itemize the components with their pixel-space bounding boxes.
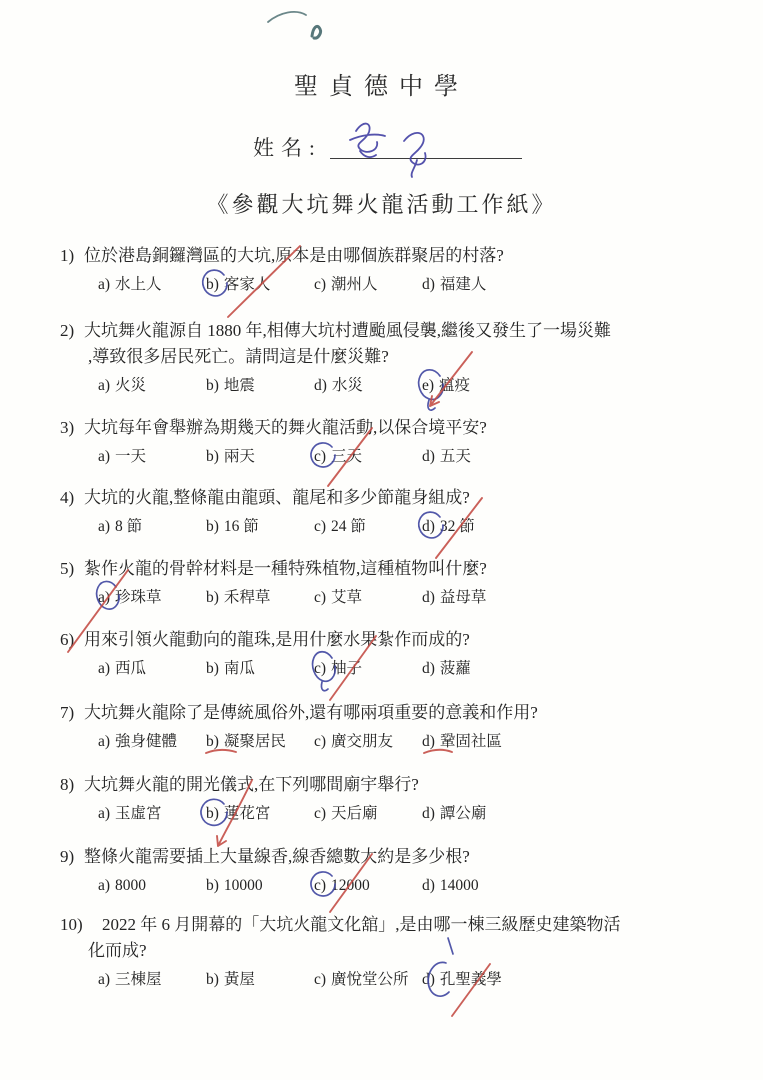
- option-text: 潮州人: [331, 276, 378, 293]
- option-b: b)凝聚居民: [206, 731, 302, 753]
- option-label: b): [206, 589, 219, 606]
- option-d: d)譚公廟: [422, 803, 518, 825]
- question-1: 1)位於港島銅鑼灣區的大坑,原本是由哪個族群聚居的村落? a)水上人 b)客家人…: [60, 243, 728, 296]
- option-label: b): [206, 877, 219, 894]
- option-a: a)8000: [98, 875, 194, 897]
- option-text: 菠蘿: [440, 660, 471, 677]
- question-line: 大坑舞火龍除了是傳統風俗外,還有哪兩項重要的意義和作用?: [84, 703, 538, 722]
- option-text: 福建人: [440, 276, 487, 293]
- option-text: 三棟屋: [115, 971, 162, 988]
- question-line: 整條火龍需要插上大量線香,線香總數大約是多少根?: [84, 847, 470, 866]
- option-text: 玉虛宮: [115, 805, 162, 822]
- option-b: b)16 節: [206, 516, 302, 538]
- option-a: a)強身健體: [98, 731, 194, 753]
- option-label: d): [422, 660, 435, 677]
- question-number: 4): [60, 485, 84, 511]
- option-b: b)禾稈草: [206, 587, 302, 609]
- option-c: c)廣交朋友: [314, 731, 410, 753]
- option-text: 譚公廟: [440, 805, 487, 822]
- option-text: 水災: [332, 377, 363, 394]
- option-label: d): [422, 589, 435, 606]
- option-label: a): [98, 276, 110, 293]
- option-text: 32 節: [440, 518, 475, 535]
- option-a: a)一天: [98, 446, 194, 468]
- option-text: 12000: [331, 877, 370, 894]
- option-text: 水上人: [115, 276, 162, 293]
- school-name: 聖貞德中學: [0, 66, 763, 101]
- option-text: 瘟疫: [439, 377, 470, 394]
- question-text: 4)大坑的火龍,整條龍由龍頭、龍尾和多少節龍身組成?: [60, 485, 728, 511]
- option-d: d)14000: [422, 875, 518, 897]
- top-pen-blob-mark: [312, 26, 321, 38]
- worksheet-page: 聖貞德中學 姓名: 《參觀大坑舞火龍活動工作紙》 1)位於港島銅鑼灣區的大坑,原…: [0, 0, 763, 1080]
- option-label: b): [206, 805, 219, 822]
- question-2: 2)大坑舞火龍源自 1880 年,相傳大坑村遭颱風侵襲,繼後又發生了一場災難 ,…: [60, 318, 728, 397]
- option-text: 廣悅堂公所: [331, 971, 409, 988]
- option-text: 珍珠草: [115, 589, 162, 606]
- option-label: d): [422, 276, 435, 293]
- question-line: 大坑舞火龍源自 1880 年,相傳大坑村遭颱風侵襲,繼後又發生了一場災難: [84, 321, 611, 340]
- option-label: c): [314, 660, 326, 677]
- option-label: a): [98, 448, 110, 465]
- option-text: 柚子: [331, 660, 362, 677]
- question-text: 2)大坑舞火龍源自 1880 年,相傳大坑村遭颱風侵襲,繼後又發生了一場災難: [60, 318, 728, 344]
- option-label: c): [314, 733, 326, 750]
- option-a: a)8 節: [98, 516, 194, 538]
- name-underline: [330, 158, 522, 159]
- handwritten-name: [404, 133, 426, 177]
- option-text: 益母草: [440, 589, 487, 606]
- option-label: b): [206, 448, 219, 465]
- option-d: d)五天: [422, 446, 518, 468]
- option-text: 24 節: [331, 518, 366, 535]
- question-text: 9)整條火龍需要插上大量線香,線香總數大約是多少根?: [60, 844, 728, 870]
- option-b: b)地震: [206, 375, 302, 397]
- question-line: 位於港島銅鑼灣區的大坑,原本是由哪個族群聚居的村落?: [84, 246, 504, 265]
- question-number: 5): [60, 556, 84, 582]
- option-label: d): [422, 448, 435, 465]
- option-text: 南瓜: [224, 660, 255, 677]
- question-5: 5)紮作火龍的骨幹材料是一種特殊植物,這種植物叫什麼? a)珍珠草 b)禾稈草 …: [60, 556, 728, 609]
- worksheet-title: 《參觀大坑舞火龍活動工作紙》: [0, 188, 763, 219]
- option-label: c): [314, 518, 326, 535]
- option-text: 14000: [440, 877, 479, 894]
- option-d: d)福建人: [422, 274, 518, 296]
- option-b: b)黃屋: [206, 969, 302, 991]
- option-label: c): [314, 589, 326, 606]
- option-label: d): [422, 877, 435, 894]
- options-row: a)8 節 b)16 節 c)24 節 d)32 節: [60, 516, 728, 538]
- option-label: b): [206, 518, 219, 535]
- option-text: 10000: [224, 877, 263, 894]
- option-b: b)蓮花宮: [206, 803, 302, 825]
- option-a: a)珍珠草: [98, 587, 194, 609]
- question-text: 10)2022 年 6 月開幕的「大坑火龍文化舘」,是由哪一棟三級歷史建築物活: [60, 912, 728, 938]
- option-text: 火災: [115, 377, 146, 394]
- question-text-cont: 化而成?: [60, 938, 728, 964]
- question-8: 8)大坑舞火龍的開光儀式,在下列哪間廟宇舉行? a)玉虛宮 b)蓮花宮 c)天后…: [60, 772, 728, 825]
- option-text: 廣交朋友: [331, 733, 393, 750]
- question-text: 6)用來引領火龍動向的龍珠,是用什麼水果紮作而成的?: [60, 627, 728, 653]
- question-number: 10): [60, 912, 102, 938]
- option-label: d): [422, 805, 435, 822]
- question-3: 3)大坑每年會舉辦為期幾天的舞火龍活動,以保合境平安? a)一天 b)兩天 c)…: [60, 415, 728, 468]
- option-label: a): [98, 733, 110, 750]
- question-10: 10)2022 年 6 月開幕的「大坑火龍文化舘」,是由哪一棟三級歷史建築物活 …: [60, 912, 728, 991]
- option-b: b)客家人: [206, 274, 302, 296]
- options-row: a)西瓜 b)南瓜 c)柚子 d)菠蘿: [60, 658, 728, 680]
- question-text: 5)紮作火龍的骨幹材料是一種特殊植物,這種植物叫什麼?: [60, 556, 728, 582]
- option-d: d)益母草: [422, 587, 518, 609]
- option-label: a): [98, 377, 110, 394]
- question-text: 7)大坑舞火龍除了是傳統風俗外,還有哪兩項重要的意義和作用?: [60, 700, 728, 726]
- option-e: e)瘟疫: [422, 375, 518, 397]
- question-number: 3): [60, 415, 84, 441]
- question-text: 1)位於港島銅鑼灣區的大坑,原本是由哪個族群聚居的村落?: [60, 243, 728, 269]
- option-text: 禾稈草: [224, 589, 271, 606]
- option-label: d): [314, 377, 327, 394]
- options-row: a)水上人 b)客家人 c)潮州人 d)福建人: [60, 274, 728, 296]
- question-number: 6): [60, 627, 84, 653]
- options-row: a)火災 b)地震 d)水災 e)瘟疫: [60, 375, 728, 397]
- option-label: e): [422, 377, 434, 394]
- option-label: d): [422, 733, 435, 750]
- question-line: 用來引領火龍動向的龍珠,是用什麼水果紮作而成的?: [84, 630, 470, 649]
- option-label: b): [206, 276, 219, 293]
- option-d: d)32 節: [422, 516, 518, 538]
- top-pen-swoosh-mark: [268, 12, 306, 22]
- question-text: 8)大坑舞火龍的開光儀式,在下列哪間廟宇舉行?: [60, 772, 728, 798]
- question-line: 紮作火龍的骨幹材料是一種特殊植物,這種植物叫什麼?: [84, 559, 487, 578]
- option-c: c)潮州人: [314, 274, 410, 296]
- option-text: 五天: [440, 448, 471, 465]
- option-text: 強身健體: [115, 733, 177, 750]
- option-label: a): [98, 589, 110, 606]
- option-d: d)孔聖義學: [422, 969, 518, 991]
- options-row: a)三棟屋 b)黃屋 c)廣悅堂公所 d)孔聖義學: [60, 969, 728, 991]
- question-7: 7)大坑舞火龍除了是傳統風俗外,還有哪兩項重要的意義和作用? a)強身健體 b)…: [60, 700, 728, 753]
- option-text: 8 節: [115, 518, 142, 535]
- question-text: 3)大坑每年會舉辦為期幾天的舞火龍活動,以保合境平安?: [60, 415, 728, 441]
- option-label: c): [314, 805, 326, 822]
- option-d: d)水災: [314, 375, 410, 397]
- option-label: b): [206, 971, 219, 988]
- question-number: 8): [60, 772, 84, 798]
- option-label: c): [314, 971, 326, 988]
- options-row: a)珍珠草 b)禾稈草 c)艾草 d)益母草: [60, 587, 728, 609]
- option-c: c)柚子: [314, 658, 410, 680]
- option-a: a)三棟屋: [98, 969, 194, 991]
- question-6: 6)用來引領火龍動向的龍珠,是用什麼水果紮作而成的? a)西瓜 b)南瓜 c)柚…: [60, 627, 728, 680]
- options-row: a)強身健體 b)凝聚居民 c)廣交朋友 d)鞏固社區: [60, 731, 728, 753]
- option-d: d)菠蘿: [422, 658, 518, 680]
- option-text: 蓮花宮: [224, 805, 271, 822]
- option-label: a): [98, 805, 110, 822]
- option-label: a): [98, 877, 110, 894]
- option-c: c)三天: [314, 446, 410, 468]
- option-text: 兩天: [224, 448, 255, 465]
- option-c: c)天后廟: [314, 803, 410, 825]
- option-a: a)玉虛宮: [98, 803, 194, 825]
- option-label: b): [206, 660, 219, 677]
- option-text: 一天: [115, 448, 146, 465]
- option-text: 8000: [115, 877, 146, 894]
- option-a: a)西瓜: [98, 658, 194, 680]
- question-number: 2): [60, 318, 84, 344]
- name-label: 姓名:: [253, 132, 322, 162]
- option-label: c): [314, 877, 326, 894]
- question-line: 大坑的火龍,整條龍由龍頭、龍尾和多少節龍身組成?: [84, 488, 470, 507]
- option-a: a)水上人: [98, 274, 194, 296]
- option-label: b): [206, 377, 219, 394]
- option-c: c)24 節: [314, 516, 410, 538]
- question-number: 1): [60, 243, 84, 269]
- option-c: c)艾草: [314, 587, 410, 609]
- option-label: a): [98, 660, 110, 677]
- options-row: a)8000 b)10000 c)12000 d)14000: [60, 875, 728, 897]
- option-c: c)12000: [314, 875, 410, 897]
- option-a: a)火災: [98, 375, 194, 397]
- option-text: 16 節: [224, 518, 259, 535]
- option-c: c)廣悅堂公所: [314, 969, 410, 991]
- question-line: 大坑舞火龍的開光儀式,在下列哪間廟宇舉行?: [84, 775, 419, 794]
- question-number: 7): [60, 700, 84, 726]
- option-text: 鞏固社區: [440, 733, 502, 750]
- option-text: 地震: [224, 377, 255, 394]
- handwritten-name: [350, 124, 385, 157]
- option-text: 凝聚居民: [224, 733, 286, 750]
- option-b: b)南瓜: [206, 658, 302, 680]
- option-label: b): [206, 733, 219, 750]
- question-9: 9)整條火龍需要插上大量線香,線香總數大約是多少根? a)8000 b)1000…: [60, 844, 728, 897]
- option-b: b)兩天: [206, 446, 302, 468]
- options-row: a)一天 b)兩天 c)三天 d)五天: [60, 446, 728, 468]
- option-text: 客家人: [224, 276, 271, 293]
- option-d: d)鞏固社區: [422, 731, 518, 753]
- option-label: c): [314, 448, 326, 465]
- option-label: a): [98, 971, 110, 988]
- option-label: c): [314, 276, 326, 293]
- option-text: 孔聖義學: [440, 971, 502, 988]
- option-label: d): [422, 518, 435, 535]
- option-label: a): [98, 518, 110, 535]
- option-label: d): [422, 971, 435, 988]
- option-text: 黃屋: [224, 971, 255, 988]
- question-4: 4)大坑的火龍,整條龍由龍頭、龍尾和多少節龍身組成? a)8 節 b)16 節 …: [60, 485, 728, 538]
- option-text: 西瓜: [115, 660, 146, 677]
- question-line: 2022 年 6 月開幕的「大坑火龍文化舘」,是由哪一棟三級歷史建築物活: [102, 915, 621, 934]
- option-text: 艾草: [331, 589, 362, 606]
- question-number: 9): [60, 844, 84, 870]
- options-row: a)玉虛宮 b)蓮花宮 c)天后廟 d)譚公廟: [60, 803, 728, 825]
- question-line: 大坑每年會舉辦為期幾天的舞火龍活動,以保合境平安?: [84, 418, 487, 437]
- option-text: 天后廟: [331, 805, 378, 822]
- option-text: 三天: [331, 448, 362, 465]
- option-b: b)10000: [206, 875, 302, 897]
- question-text-cont: ,導致很多居民死亡。請問這是什麼災難?: [60, 344, 728, 370]
